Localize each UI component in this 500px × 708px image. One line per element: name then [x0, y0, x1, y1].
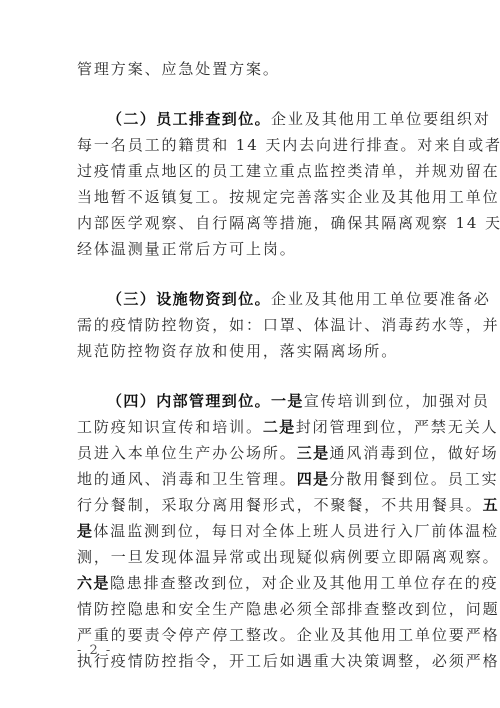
- body-text-run: 内部医学观察、自行隔离等措施，确保其隔离观察 14 天并: [77, 214, 500, 232]
- text-line: 内部医学观察、自行隔离等措施，确保其隔离观察 14 天并: [77, 210, 419, 236]
- text-line: 员进入本单位生产办公场所。三是通风消毒到位，做好场: [77, 440, 419, 466]
- text-line: 管理方案、应急处置方案。: [77, 56, 419, 82]
- body-text-run: 隐患排查整改到位，对企业及其他用工单位存在的疫: [110, 574, 499, 592]
- body-text-run: 企业及其他用工单位要准备必: [271, 290, 491, 308]
- text-line: （四）内部管理到位。一是宣传培训到位，加强对员: [77, 388, 419, 414]
- bold-heading-text: （三）设施物资到位。: [107, 290, 271, 308]
- body-text-run: 过疫情重点地区的员工建立重点监控类清单，并规劝留在: [77, 162, 500, 180]
- body-text-run: 工防疫知识宣传和培训。: [77, 418, 263, 436]
- body-text-run: 通风消毒到位，做好场: [330, 444, 499, 462]
- bold-heading-text: 二是: [263, 418, 296, 436]
- document-page: 管理方案、应急处置方案。（二）员工排查到位。企业及其他用工单位要组织对每一名员工…: [0, 0, 500, 708]
- text-line: 情防控隐患和安全生产隐患必须全部排查整改到位，问题: [77, 596, 419, 622]
- bold-heading-text: （四）内部管理到位。一是: [107, 392, 304, 410]
- text-line: 每一名员工的籍贯和 14 天内去向进行排查。对来自或者去: [77, 132, 419, 158]
- body-text-run: 规范防控物资存放和使用，落实隔离场所。: [77, 342, 398, 360]
- text-line: 过疫情重点地区的员工建立重点监控类清单，并规劝留在: [77, 158, 419, 184]
- bold-heading-text: 五: [483, 496, 499, 514]
- body-text: 管理方案、应急处置方案。（二）员工排查到位。企业及其他用工单位要组织对每一名员工…: [77, 0, 419, 708]
- body-text-run: 企业及其他用工单位要组织对: [271, 110, 491, 128]
- text-line: 测，一旦发现体温异常或出现疑似病例要立即隔离观察。: [77, 544, 419, 570]
- bold-heading-text: 三是: [297, 444, 330, 462]
- text-line: 地的通风、消毒和卫生管理。四是分散用餐到位。员工实: [77, 466, 419, 492]
- body-text-run: 每一名员工的籍贯和 14 天内去向进行排查。对来自或者去: [77, 136, 500, 154]
- bold-heading-text: 六是: [77, 574, 110, 592]
- text-line: 工防疫知识宣传和培训。二是封闭管理到位，严禁无关人: [77, 414, 419, 440]
- text-line: 规范防控物资存放和使用，落实隔离场所。: [77, 338, 419, 364]
- body-text-run: 宣传培训到位，加强对员: [304, 392, 490, 410]
- text-line: （三）设施物资到位。企业及其他用工单位要准备必: [77, 286, 419, 312]
- body-text-run: 员进入本单位生产办公场所。: [77, 444, 297, 462]
- body-text-run: 地的通风、消毒和卫生管理。: [77, 470, 297, 488]
- bold-heading-text: 四是: [297, 470, 330, 488]
- body-text-run: 情防控隐患和安全生产隐患必须全部排查整改到位，问题: [77, 600, 500, 618]
- body-text-run: 管理方案、应急处置方案。: [77, 60, 280, 78]
- text-line: 需的疫情防控物资，如：口罩、体温计、消毒药水等，并: [77, 312, 419, 338]
- body-text-run: 需的疫情防控物资，如：口罩、体温计、消毒药水等，并: [77, 316, 500, 334]
- body-text-run: 分散用餐到位。员工实: [330, 470, 499, 488]
- text-line: 严重的要责令停产停工整改。企业及其他用工单位要严格: [77, 622, 419, 648]
- text-line: 执行疫情防控指令，开工后如遇重大决策调整，必须严格: [77, 648, 419, 674]
- page-number: - 2 -: [77, 643, 112, 658]
- body-text-run: 行分餐制，采取分离用餐形式，不聚餐，不共用餐具。: [77, 496, 483, 514]
- bold-heading-text: （二）员工排查到位。: [107, 110, 271, 128]
- text-line: 行分餐制，采取分离用餐形式，不聚餐，不共用餐具。五: [77, 492, 419, 518]
- text-line: 是体温监测到位，每日对全体上班人员进行入厂前体温检: [77, 518, 419, 544]
- bold-heading-text: 是: [77, 522, 93, 540]
- text-line: 六是隐患排查整改到位，对企业及其他用工单位存在的疫: [77, 570, 419, 596]
- body-text-run: 体温监测到位，每日对全体上班人员进行入厂前体温检: [93, 522, 499, 540]
- text-line: 经体温测量正常后方可上岗。: [77, 236, 419, 262]
- body-text-run: 严重的要责令停产停工整改。企业及其他用工单位要严格: [77, 626, 500, 644]
- body-text-run: 测，一旦发现体温异常或出现疑似病例要立即隔离观察。: [77, 548, 500, 566]
- body-text-run: 当地暂不返镇复工。按规定完善落实企业及其他用工单位: [77, 188, 500, 206]
- text-line: （二）员工排查到位。企业及其他用工单位要组织对: [77, 106, 419, 132]
- body-text-run: 执行疫情防控指令，开工后如遇重大决策调整，必须严格: [77, 652, 500, 670]
- body-text-run: 封闭管理到位，严禁无关人: [296, 418, 499, 436]
- text-line: 当地暂不返镇复工。按规定完善落实企业及其他用工单位: [77, 184, 419, 210]
- body-text-run: 经体温测量正常后方可上岗。: [77, 240, 297, 258]
